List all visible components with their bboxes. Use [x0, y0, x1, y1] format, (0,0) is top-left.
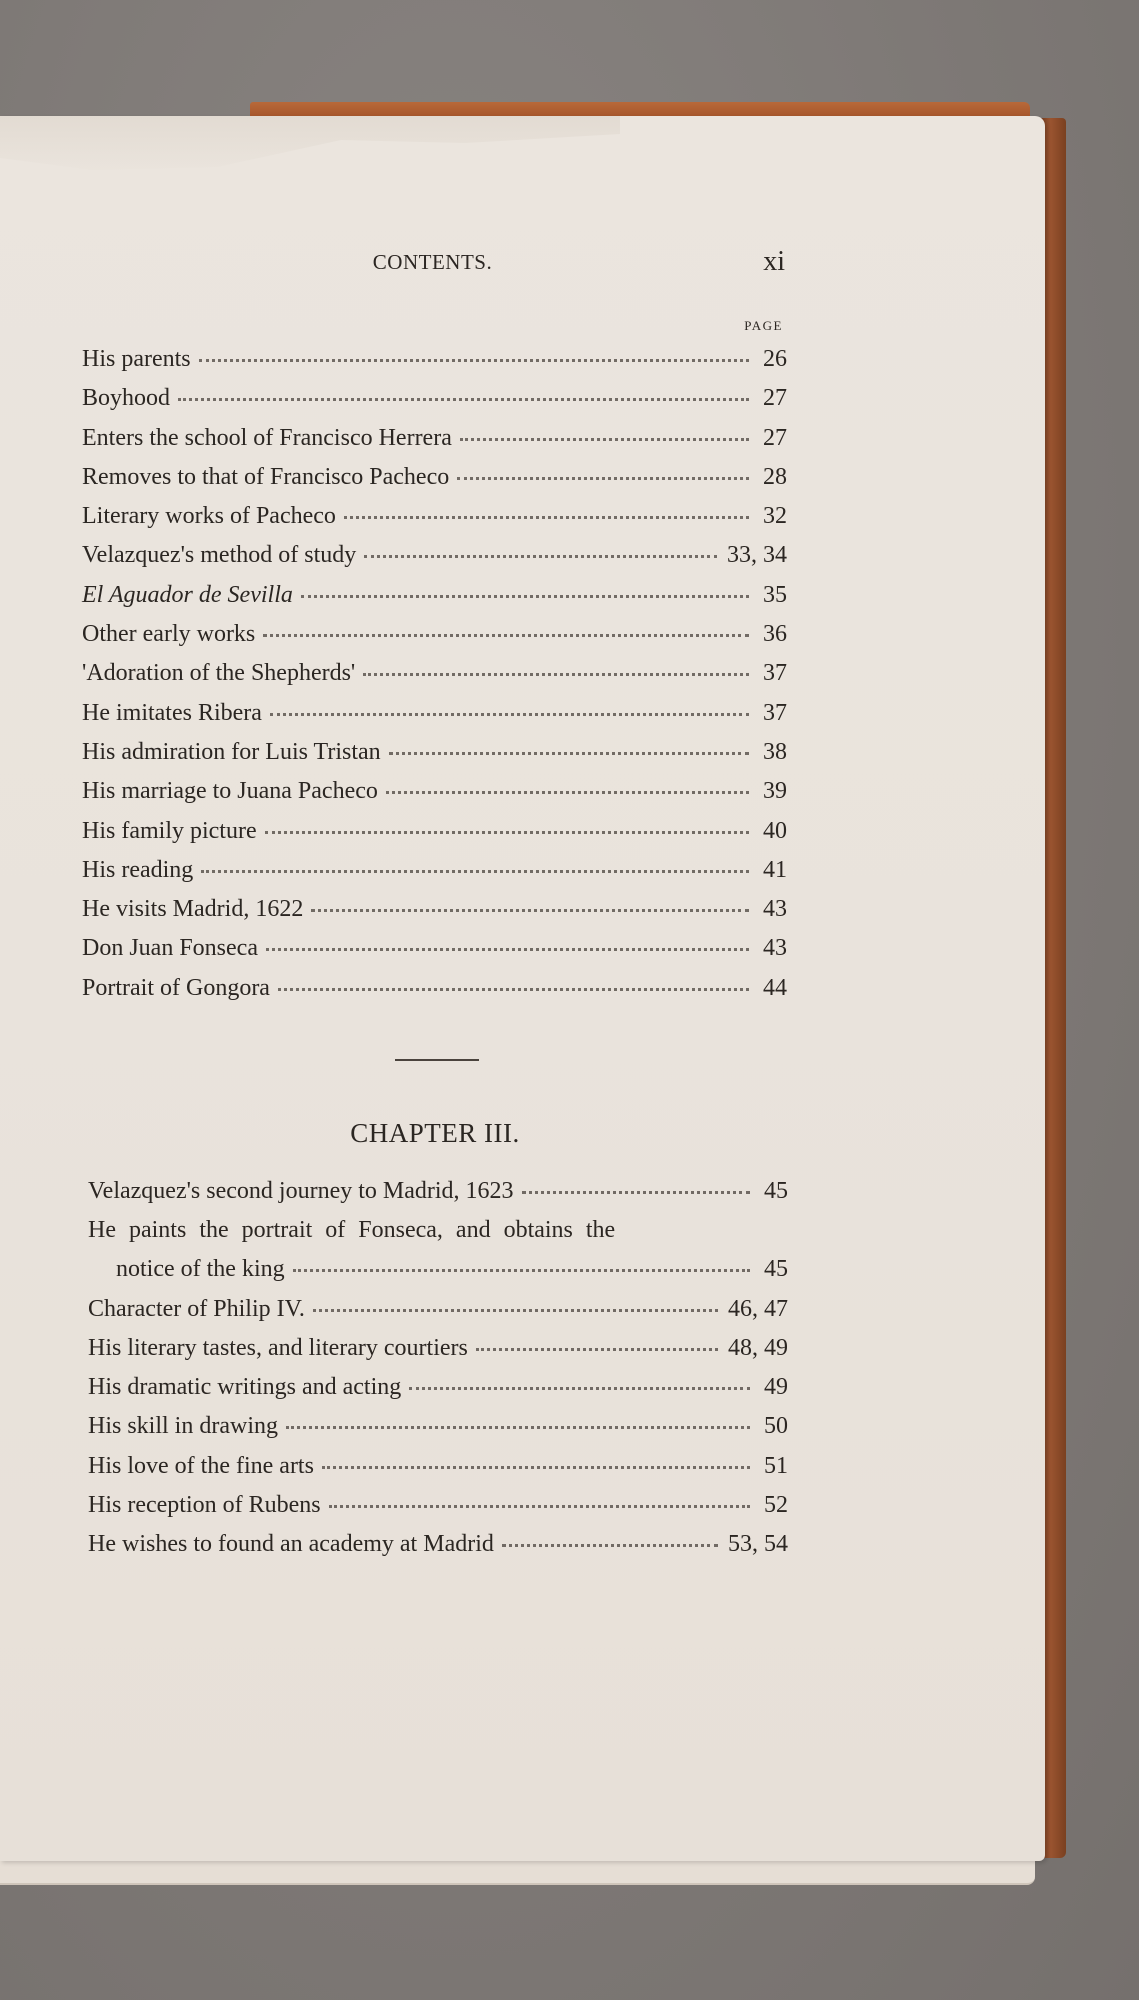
dot-leader [178, 397, 749, 401]
running-title: CONTENTS. [80, 250, 785, 275]
entry-title: His skill in drawing [88, 1407, 278, 1446]
toc-entry: He visits Madrid, 162243 [82, 890, 787, 929]
dot-leader [522, 1190, 750, 1194]
chapter-heading: CHAPTER III. [80, 1118, 790, 1149]
dot-leader [389, 751, 749, 755]
entry-page: 53, 54 [728, 1525, 788, 1564]
entry-title-italic: El Aguador de Sevilla [82, 576, 293, 615]
toc-entry: He imitates Ribera37 [82, 694, 787, 733]
dot-leader [201, 869, 749, 873]
entry-title: Velazquez's second journey to Madrid, 16… [88, 1172, 514, 1211]
entry-title: Removes to that of Francisco Pacheco [82, 458, 449, 497]
entry-page: 51 [760, 1447, 788, 1486]
entry-title: He visits Madrid, 1622 [82, 890, 303, 929]
dot-leader [278, 987, 749, 991]
entry-page: 43 [759, 890, 787, 929]
dot-leader [502, 1543, 718, 1547]
entry-page: 44 [759, 969, 787, 1008]
entry-title: Enters the school of Francisco Herrera [82, 419, 452, 458]
toc-entry: Velazquez's method of study33, 34 [82, 536, 787, 575]
dot-leader [301, 594, 749, 598]
entry-title: He imitates Ribera [82, 694, 262, 733]
entry-page: 38 [759, 733, 787, 772]
toc-entry: Character of Philip IV.46, 47 [88, 1290, 788, 1329]
toc-entry: His dramatic writings and acting49 [88, 1368, 788, 1407]
dot-leader [460, 437, 749, 441]
entry-page: 33, 34 [727, 536, 787, 575]
dot-leader [322, 1465, 750, 1469]
toc-entry: Literary works of Pacheco32 [82, 497, 787, 536]
dot-leader [270, 712, 749, 716]
toc-entry: El Aguador de Sevilla35 [82, 576, 787, 615]
dot-leader [364, 554, 717, 558]
toc-entry: Portrait of Gongora44 [82, 969, 787, 1008]
entry-page: 32 [759, 497, 787, 536]
dot-leader [329, 1504, 750, 1508]
entry-title: His parents [82, 340, 191, 379]
toc-entry: His reading41 [82, 851, 787, 890]
toc-entry-continuation: notice of the king45 [88, 1250, 788, 1289]
entry-page: 52 [760, 1486, 788, 1525]
toc-entry: His reception of Rubens52 [88, 1486, 788, 1525]
dot-leader [286, 1425, 750, 1429]
entry-page: 37 [759, 654, 787, 693]
toc-entry: His skill in drawing50 [88, 1407, 788, 1446]
toc-entry: His parents26 [82, 340, 787, 379]
toc-entry: 'Adoration of the Shepherds'37 [82, 654, 787, 693]
entry-page: 37 [759, 694, 787, 733]
entry-page: 28 [759, 458, 787, 497]
entry-title: His reading [82, 851, 193, 890]
entry-title: Don Juan Fonseca [82, 929, 258, 968]
entry-title: His love of the fine arts [88, 1447, 314, 1486]
entry-page: 49 [760, 1368, 788, 1407]
entry-page: 27 [759, 419, 787, 458]
entry-title: 'Adoration of the Shepherds' [82, 654, 355, 693]
running-head: CONTENTS. xi [80, 250, 785, 280]
toc-entry: Velazquez's second journey to Madrid, 16… [88, 1172, 788, 1211]
entry-title: His marriage to Juana Pacheco [82, 772, 378, 811]
section-divider-rule [395, 1059, 479, 1061]
entry-title: Boyhood [82, 379, 170, 418]
entry-title: Literary works of Pacheco [82, 497, 336, 536]
entry-title: Velazquez's method of study [82, 536, 356, 575]
dot-leader [266, 947, 749, 951]
entry-page: 35 [759, 576, 787, 615]
entry-page: 41 [759, 851, 787, 890]
entry-title: His reception of Rubens [88, 1486, 321, 1525]
dot-leader [311, 908, 749, 912]
entry-title: He wishes to found an academy at Madrid [88, 1525, 494, 1564]
toc-entry: Don Juan Fonseca43 [82, 929, 787, 968]
entry-title: His dramatic writings and acting [88, 1368, 401, 1407]
dot-leader [409, 1386, 750, 1390]
entry-page: 36 [759, 615, 787, 654]
dot-leader [386, 790, 749, 794]
dot-leader [313, 1308, 718, 1312]
entry-title: His admiration for Luis Tristan [82, 733, 381, 772]
entry-title: Other early works [82, 615, 255, 654]
entry-page: 40 [759, 812, 787, 851]
toc-entry: Boyhood27 [82, 379, 787, 418]
toc-section-chapter-ii: His parents26 Boyhood27 Enters the schoo… [82, 340, 787, 1008]
page-column-label: PAGE [720, 318, 783, 334]
page-number: xi [763, 246, 785, 278]
toc-entry: His admiration for Luis Tristan38 [82, 733, 787, 772]
entry-title: His family picture [82, 812, 257, 851]
entry-page: 50 [760, 1407, 788, 1446]
toc-entry: His marriage to Juana Pacheco39 [82, 772, 787, 811]
entry-title: His literary tastes, and literary courti… [88, 1329, 468, 1368]
toc-entry: He wishes to found an academy at Madrid5… [88, 1525, 788, 1564]
entry-title: Character of Philip IV. [88, 1290, 305, 1329]
dot-leader [457, 476, 749, 480]
toc-entry: Enters the school of Francisco Herrera27 [82, 419, 787, 458]
dot-leader [476, 1347, 718, 1351]
entry-page: 45 [760, 1250, 788, 1289]
entry-page: 48, 49 [728, 1329, 788, 1368]
entry-title: He paints the portrait of Fonseca, and o… [88, 1211, 615, 1250]
dot-leader [263, 633, 749, 637]
entry-title: Portrait of Gongora [82, 969, 270, 1008]
entry-page: 45 [760, 1172, 788, 1211]
entry-page: 46, 47 [728, 1290, 788, 1329]
entry-page: 26 [759, 340, 787, 379]
dot-leader [265, 830, 749, 834]
toc-entry: His literary tastes, and literary courti… [88, 1329, 788, 1368]
dot-leader [199, 358, 749, 362]
toc-entry: His love of the fine arts51 [88, 1447, 788, 1486]
torn-page-edge [0, 116, 620, 176]
dot-leader [344, 515, 749, 519]
entry-page: 43 [759, 929, 787, 968]
toc-entry-first-line: He paints the portrait of Fonseca, and o… [88, 1211, 788, 1250]
toc-section-chapter-iii: Velazquez's second journey to Madrid, 16… [88, 1172, 788, 1565]
dot-leader [293, 1268, 750, 1272]
entry-title-continuation: notice of the king [88, 1250, 285, 1289]
entry-page: 27 [759, 379, 787, 418]
entry-page: 39 [759, 772, 787, 811]
dot-leader [363, 672, 749, 676]
toc-entry: Other early works36 [82, 615, 787, 654]
toc-entry: His family picture40 [82, 812, 787, 851]
toc-entry: Removes to that of Francisco Pacheco28 [82, 458, 787, 497]
